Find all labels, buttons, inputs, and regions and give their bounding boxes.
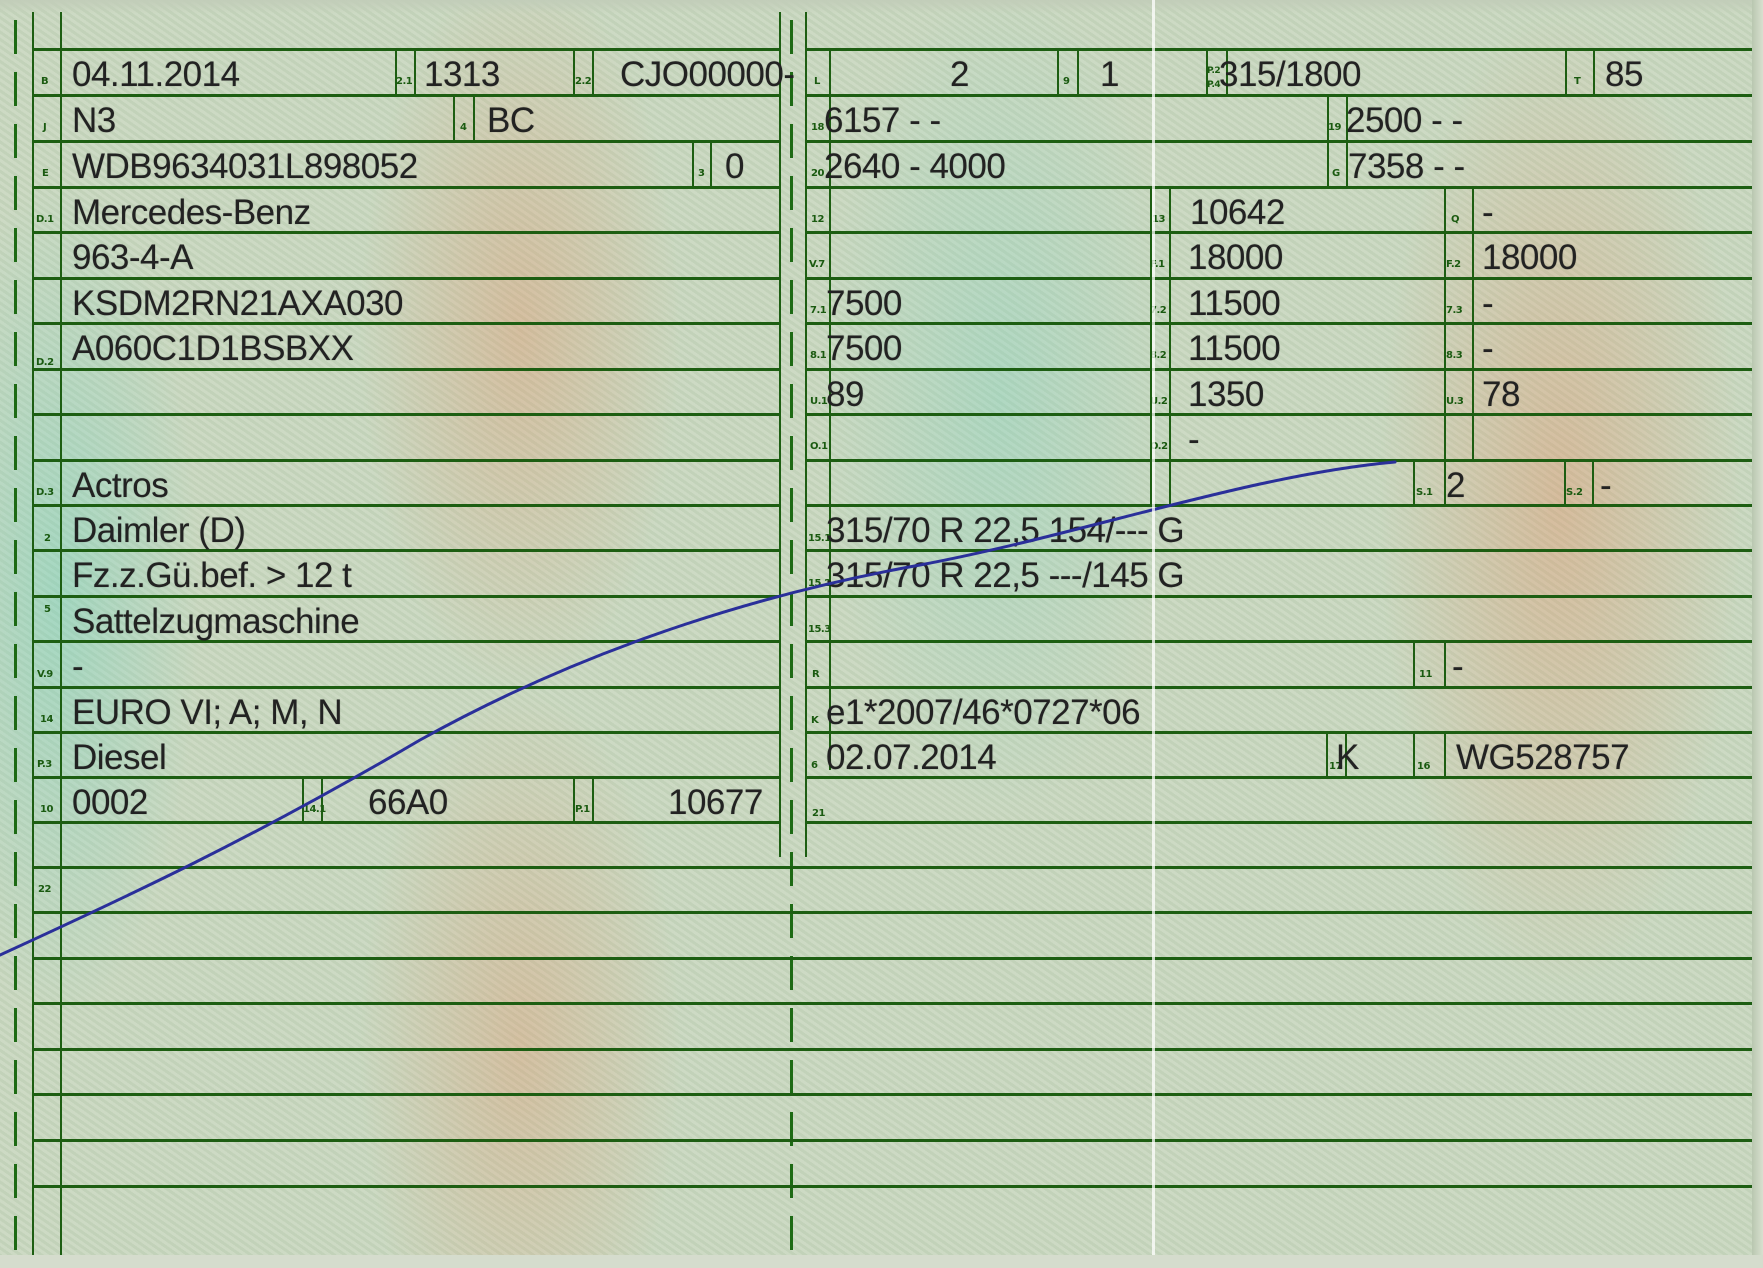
fold-crease <box>1152 0 1155 1268</box>
scan-right-edge <box>1752 0 1763 1268</box>
scan-bottom-edge <box>0 1255 1763 1268</box>
registration-document: B 04.11.2014 2.1 1313 2.2 CJO00000- J N3… <box>0 0 1763 1268</box>
pen-stroke <box>0 0 1763 1268</box>
